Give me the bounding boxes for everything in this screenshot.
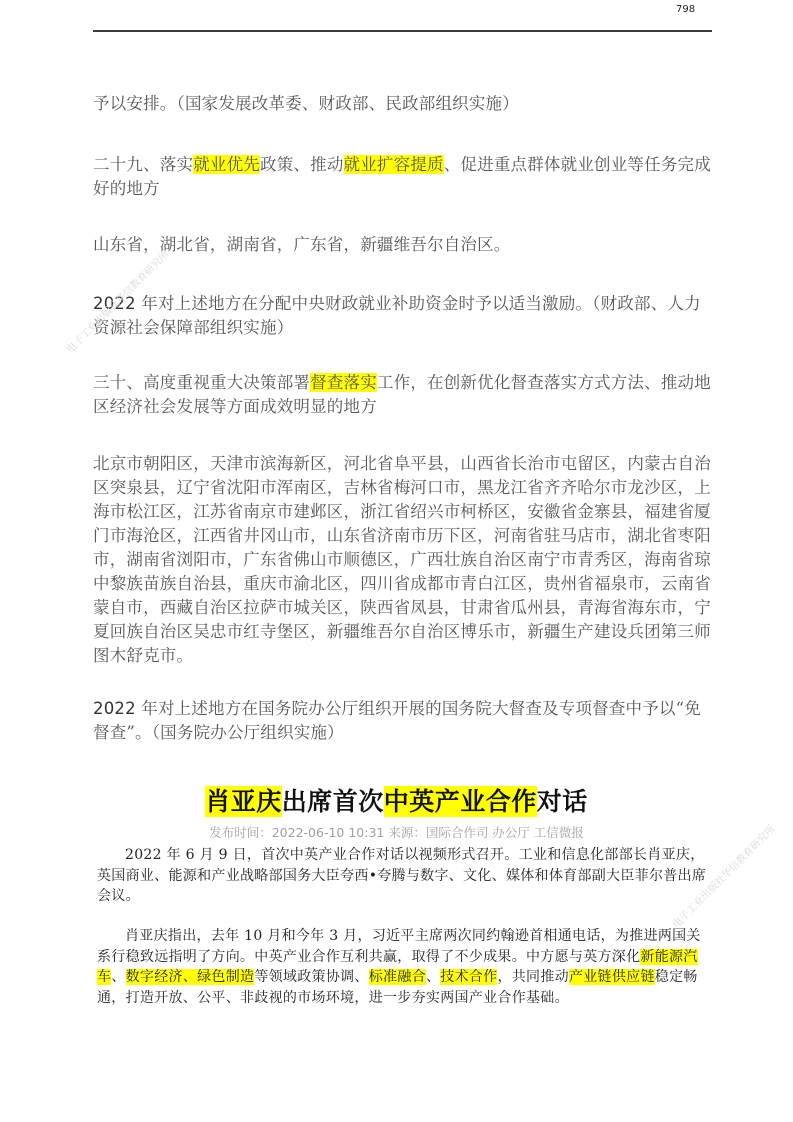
- paragraph-text: 年对上述地方在国务院办公厅组织开展的国务院大督查及专项督查中予以“免督查”。（国…: [93, 699, 701, 742]
- article-meta: 发布时间：2022-06-10 10:31 来源：国际合作司 办公厅 工信微报: [0, 823, 793, 841]
- section-30-regions: 北京市朝阳区，天津市滨海新区，河北省阜平县，山西省长治市屯留区，内蒙古自治区突泉…: [93, 452, 715, 668]
- text-segment: 三十、高度重视重大决策部署: [93, 373, 310, 392]
- highlight-technology: 技术合作: [440, 969, 497, 985]
- text-segment: ，共同推动: [497, 969, 569, 985]
- text-segment: 、: [426, 969, 440, 985]
- highlight-supply-chain: 产业链供应链: [569, 969, 655, 985]
- highlight-supervision: 督查落实: [310, 373, 377, 392]
- text-segment: 等领域政策协调、: [254, 969, 368, 985]
- text-segment: 、: [111, 969, 125, 985]
- paragraph-text: 北京市朝阳区，天津市滨海新区，河北省阜平县，山西省长治市屯留区，内蒙古自治区突泉…: [93, 454, 711, 665]
- text-segment: 出席首次: [282, 787, 384, 816]
- text-segment: 肖亚庆指出，去年 10 月和今年 3 月，习近平主席两次同约翰逊首相通电话，为推…: [97, 928, 701, 965]
- highlight-employment-expansion: 就业扩容提质: [344, 155, 444, 174]
- section-29-regions: 山东省，湖北省，湖南省，广东省，新疆维吾尔自治区。: [93, 233, 715, 257]
- section-30-heading: 三十、高度重视重大决策部署督查落实工作，在创新优化督查落实方式方法、推动地区经济…: [93, 371, 715, 419]
- text-segment: 对话: [537, 787, 588, 816]
- highlight-cooperation: 中英产业合作: [384, 786, 537, 817]
- section-29-incentive: 2022 年对上述地方在分配中央财政就业补助资金时予以适当激励。（财政部、人力资…: [93, 292, 715, 340]
- paragraph-arrangement: 予以安排。（国家发展改革委、财政部、民政部组织实施）: [93, 92, 715, 116]
- text-segment: 政策、推动: [260, 155, 344, 174]
- article-paragraph-2: 肖亚庆指出，去年 10 月和今年 3 月，习近平主席两次同约翰逊首相通电话，为推…: [97, 926, 709, 1008]
- highlight-standards: 标准融合: [369, 969, 426, 985]
- highlight-employment-priority: 就业优先: [193, 155, 260, 174]
- article-title: 肖亚庆出席首次中英产业合作对话: [0, 782, 793, 818]
- year: 2022: [93, 699, 136, 718]
- article-paragraph-1: 2022 年 6 月 9 日，首次中英产业合作对话以视频形式召开。工业和信息化部…: [97, 845, 709, 907]
- highlight-name: 肖亚庆: [205, 786, 282, 817]
- text-segment: 二十九、落实: [93, 155, 193, 174]
- header-rule: [93, 30, 712, 32]
- page-number: 798: [676, 4, 695, 15]
- paragraph-text: 年对上述地方在分配中央财政就业补助资金时予以适当激励。（财政部、人力资源社会保障…: [93, 294, 701, 337]
- section-29-heading: 二十九、落实就业优先政策、推动就业扩容提质、促进重点群体就业创业等任务完成好的地…: [93, 153, 715, 201]
- section-30-incentive: 2022 年对上述地方在国务院办公厅组织开展的国务院大督查及专项督查中予以“免督…: [93, 697, 715, 745]
- paragraph-text: 予以安排。（国家发展改革委、财政部、民政部组织实施）: [93, 94, 519, 113]
- highlight-digital-green: 数字经济、绿色制造: [126, 969, 255, 985]
